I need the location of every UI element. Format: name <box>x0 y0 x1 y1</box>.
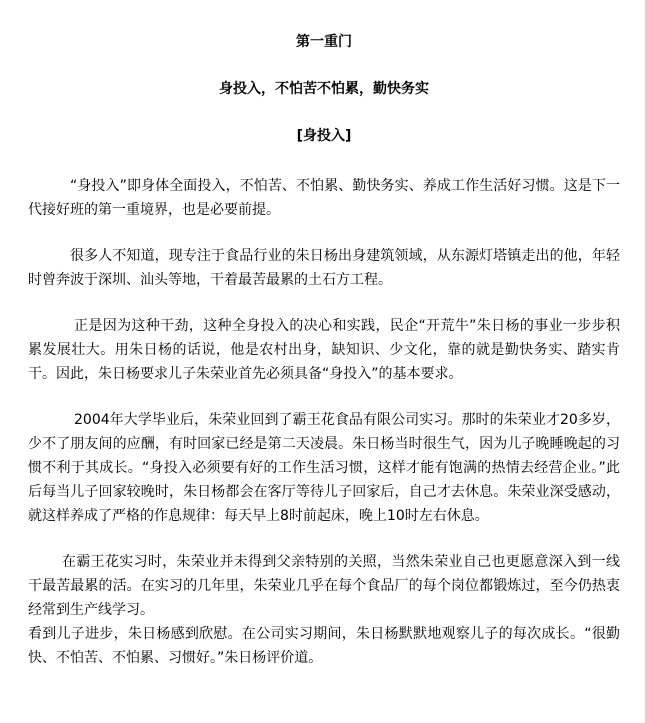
paragraph: 很多人不知道，现专注于食品行业的朱日杨出身建筑领域，从东源灯塔镇走出的他，年轻时… <box>28 244 620 292</box>
article-body: 第一重门 身投入，不怕苦不怕累，勤快务实 [身投入] “身投入”即身体全面投入，… <box>28 32 620 670</box>
section-heading: [身投入] <box>28 126 620 146</box>
paragraph: 2004年大学毕业后，朱荣业回到了霸王花食品有限公司实习。那时的朱荣业才20多岁… <box>28 408 620 528</box>
document-page: 第一重门 身投入，不怕苦不怕累，勤快务实 [身投入] “身投入”即身体全面投入，… <box>0 0 647 723</box>
paragraph: 看到儿子进步，朱日杨感到欣慰。在公司实习期间，朱日杨默默地观察儿子的每次成长。“… <box>28 622 620 670</box>
paragraph: 正是因为这种干劲，这种全身投入的决心和实践，民企“开荒牛”朱日杨的事业一步步积累… <box>28 314 620 386</box>
paragraph: 在霸王花实习时，朱荣业并未得到父亲特别的关照，当然朱荣业自己也更愿意深入到一线干… <box>28 550 620 622</box>
article-title: 第一重门 <box>28 32 620 52</box>
article-subtitle: 身投入，不怕苦不怕累，勤快务实 <box>28 79 620 99</box>
paragraph: “身投入”即身体全面投入，不怕苦、不怕累、勤快务实、养成工作生活好习惯。这是下一… <box>28 174 620 222</box>
